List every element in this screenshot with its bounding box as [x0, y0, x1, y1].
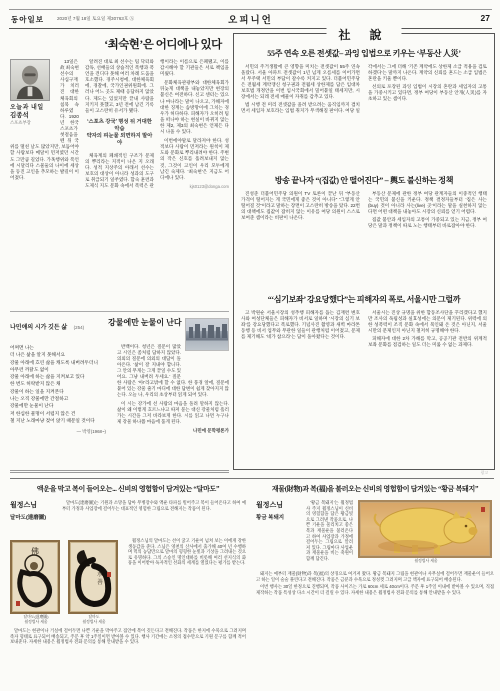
poem-title: 강물에만 눈물이 난다	[108, 317, 182, 328]
poem-series-number: (254)	[74, 325, 85, 330]
ad-pig-headline: 재물(財物)과 복(福)을 불러오는 신비의 영험함이 담겨있는 “황금 복돼지…	[256, 484, 494, 494]
article-paragraph: 문화체육관광부와 대한체육회가 뒤늦게 대책을 내놓았지만 현장의 불신은 여전…	[160, 80, 229, 135]
editorial-headline: 방송 끝나자 “(집값) 안 떨어진다” – 輿도 불신하는 정책	[241, 175, 487, 186]
ad-pig-intro: ‘황금 복돼지’는 월정법사 주지 월정스님이 신비의 영험함을 담은 황금빛으…	[306, 500, 353, 568]
poem-series-label: 나민애의 시가 깃든 삶	[10, 325, 67, 331]
artist-seal	[107, 572, 111, 577]
author-photo	[10, 59, 50, 101]
editorial-item: “‘심기보좌’ 강요당했다”는 피해자의 폭로, 서울시만 그럴까 고 박원순 …	[241, 294, 487, 426]
dharma-painting-2-image: 水 善	[68, 540, 118, 614]
ad-dharma: 액운을 막고 복이 들어오는... 신비의 영험함이 담겨있는 “달마도” 월정…	[10, 484, 246, 684]
ad-dharma-footer: 달마도는 현관이나 거실에 걸어두면 나쁜 기운을 막아주고 집안에 복이 깃든…	[10, 628, 246, 678]
author-name: 김종석	[10, 113, 56, 119]
ad-golden-pig: 재물(財物)과 복(福)을 불러오는 신비의 영험함이 담겨있는 “황금 복돼지…	[256, 484, 494, 684]
editorial-body: 진성준 더불어민주당 의원이 TV 토론이 끝난 뒤 “부동산 가격이 떨어지는…	[241, 191, 487, 287]
poem-section: 나민애의 시가 깃든 삶 (254) 강물에만 눈물이 난다 어쩌면 나는 더 …	[10, 311, 229, 475]
article-paragraph: 이번에야말로 달라져야 한다. 성적보다 사람이 먼저라는 원칙이 제도와 문화…	[160, 138, 229, 181]
editorial-item: 55주 연속 오른 전셋값– 과잉 입법으로 키우는 ‘부동산 人災’ 서민의 …	[241, 48, 487, 168]
critic-credit: 나민애 문학평론가	[117, 428, 229, 434]
ad-section-rule	[10, 478, 494, 479]
column-kicker: 오늘과 내일	[10, 105, 56, 111]
editorial-box: 社 說 55주 연속 오른 전셋값– 과잉 입법으로 키우는 ‘부동산 人災’ …	[233, 33, 495, 470]
ad-pig-label: 월정스님 황금 복돼지	[256, 500, 302, 521]
ad-dharma-label: 월정스님 달마도(達磨圖)	[10, 500, 58, 521]
header-rule	[9, 28, 492, 29]
golden-pig-image	[358, 500, 492, 558]
work-title: 황금 복돼지	[256, 513, 302, 521]
top-rule	[9, 9, 492, 10]
ad-pig-body: 돼지는 예부터 재물(財物)과 복(福)의 상징으로 여겨져 왔다. 황금 복돼…	[256, 571, 494, 679]
page-header: 동아일보 2020년 7월 18일 토요일 제30763호 Ⓐ 오피니언 27	[9, 12, 492, 27]
pig-figure: 월정법사 새움	[358, 500, 494, 564]
dharma-figure-1: 佛 달마도(達磨圖) 월정법사 새움	[10, 540, 62, 624]
dharma-figure-2: 水 善 달마도 월정법사 새움	[68, 540, 120, 624]
artist-seal	[16, 601, 20, 606]
artist-seal	[481, 507, 485, 512]
ad-dharma-body: 월정스님의 달마도는 선이 굵고 기운이 넘쳐 보는 이에게 강한 생동감을 준…	[128, 538, 246, 626]
page-number: 27	[481, 13, 490, 23]
editorial-item: 방송 끝나자 “(집값) 안 떨어진다” – 輿도 불신하는 정책 진성준 더불…	[241, 175, 487, 287]
ad-dharma-headline: 액운을 막고 복이 들어오는... 신비의 영험함이 담겨있는 “달마도”	[10, 484, 246, 494]
dharma-painting-1-image: 佛	[10, 540, 60, 614]
editorial-box-title: 社 說	[326, 26, 401, 43]
section-title: 오피니언	[9, 12, 492, 26]
monk-name: 월정스님	[256, 500, 302, 510]
poem-header: 나민애의 시가 깃든 삶 (254) 강물에만 눈물이 난다	[10, 316, 229, 342]
ad-marker-label: 광고	[481, 471, 488, 476]
svg-text:水: 水	[97, 570, 103, 578]
pull-quote: ‘스포츠 강국’ 명성 뒤 거대한 악습 약자의 피눈물 외면하지 말아야	[86, 119, 153, 147]
svg-text:善: 善	[97, 578, 103, 586]
poet-name: ― 박영(1968~)	[10, 428, 112, 435]
poem-bottom-rule	[10, 470, 229, 473]
column-article: ‘최숙현’은 어디에나 있다 오늘과 내일 김종석 스포츠부장 13일은 故최숙…	[10, 36, 229, 308]
author-portrait-icon	[11, 60, 49, 100]
article-paragraph: 알려진 대로 최 선수는 팀 닥터와 감독, 선배들의 상습적인 폭행과 폭언을…	[85, 59, 154, 114]
work-title: 달마도(達磨圖)	[10, 513, 58, 521]
dharma-caption-1: 달마도(達磨圖) 월정법사 새움	[10, 615, 62, 624]
river-city-thumbnail-image	[185, 318, 229, 351]
editorial-body: 서민의 주거생활에 큰 영향을 미치는 전셋값이 55주 연속 올랐다. 서울 …	[241, 64, 487, 168]
poem-commentary: 반백이다. 청년은 질문이 많았고 시인은 좀처럼 답하지 않았다. 의외의 질…	[117, 344, 229, 462]
editorial-body: 고 박원순 서울시장의 성추행 피해자를 돕는 김재련 변호사와 여성단체들은 …	[241, 310, 487, 426]
column-article-body: 오늘과 내일 김종석 스포츠부장 13일은 故최숙현 선수의 사십구재가 치러진…	[10, 59, 229, 307]
ad-dharma-intro: 달마도(達磨圖)는 기원과 소망을 담아 무병장수와 액운 타파를 빌어주고 복…	[62, 500, 246, 538]
author-rail: 오늘과 내일 김종석 스포츠부장	[10, 59, 56, 139]
editorial-headline: 55주 연속 오른 전셋값– 과잉 입법으로 키우는 ‘부동산 人災’	[241, 48, 487, 59]
editorial-headline: “‘심기보좌’ 강요당했다”는 피해자의 폭로, 서울시만 그럴까	[241, 294, 487, 305]
poem-text: 어쩌면 나는 더 나은 삶을 알지 못해서요 강물 아래에 흐린 삶을 캐도록 …	[10, 344, 112, 462]
author-role: 스포츠부장	[10, 120, 56, 126]
dharma-caption-2: 달마도 월정법사 새움	[68, 615, 120, 624]
pig-caption: 월정법사 새움	[358, 559, 494, 564]
column-article-headline: ‘최숙현’은 어디에나 있다	[94, 36, 229, 52]
author-email: kjs0123@donga.com	[160, 184, 229, 190]
monk-name: 월정스님	[10, 500, 58, 510]
